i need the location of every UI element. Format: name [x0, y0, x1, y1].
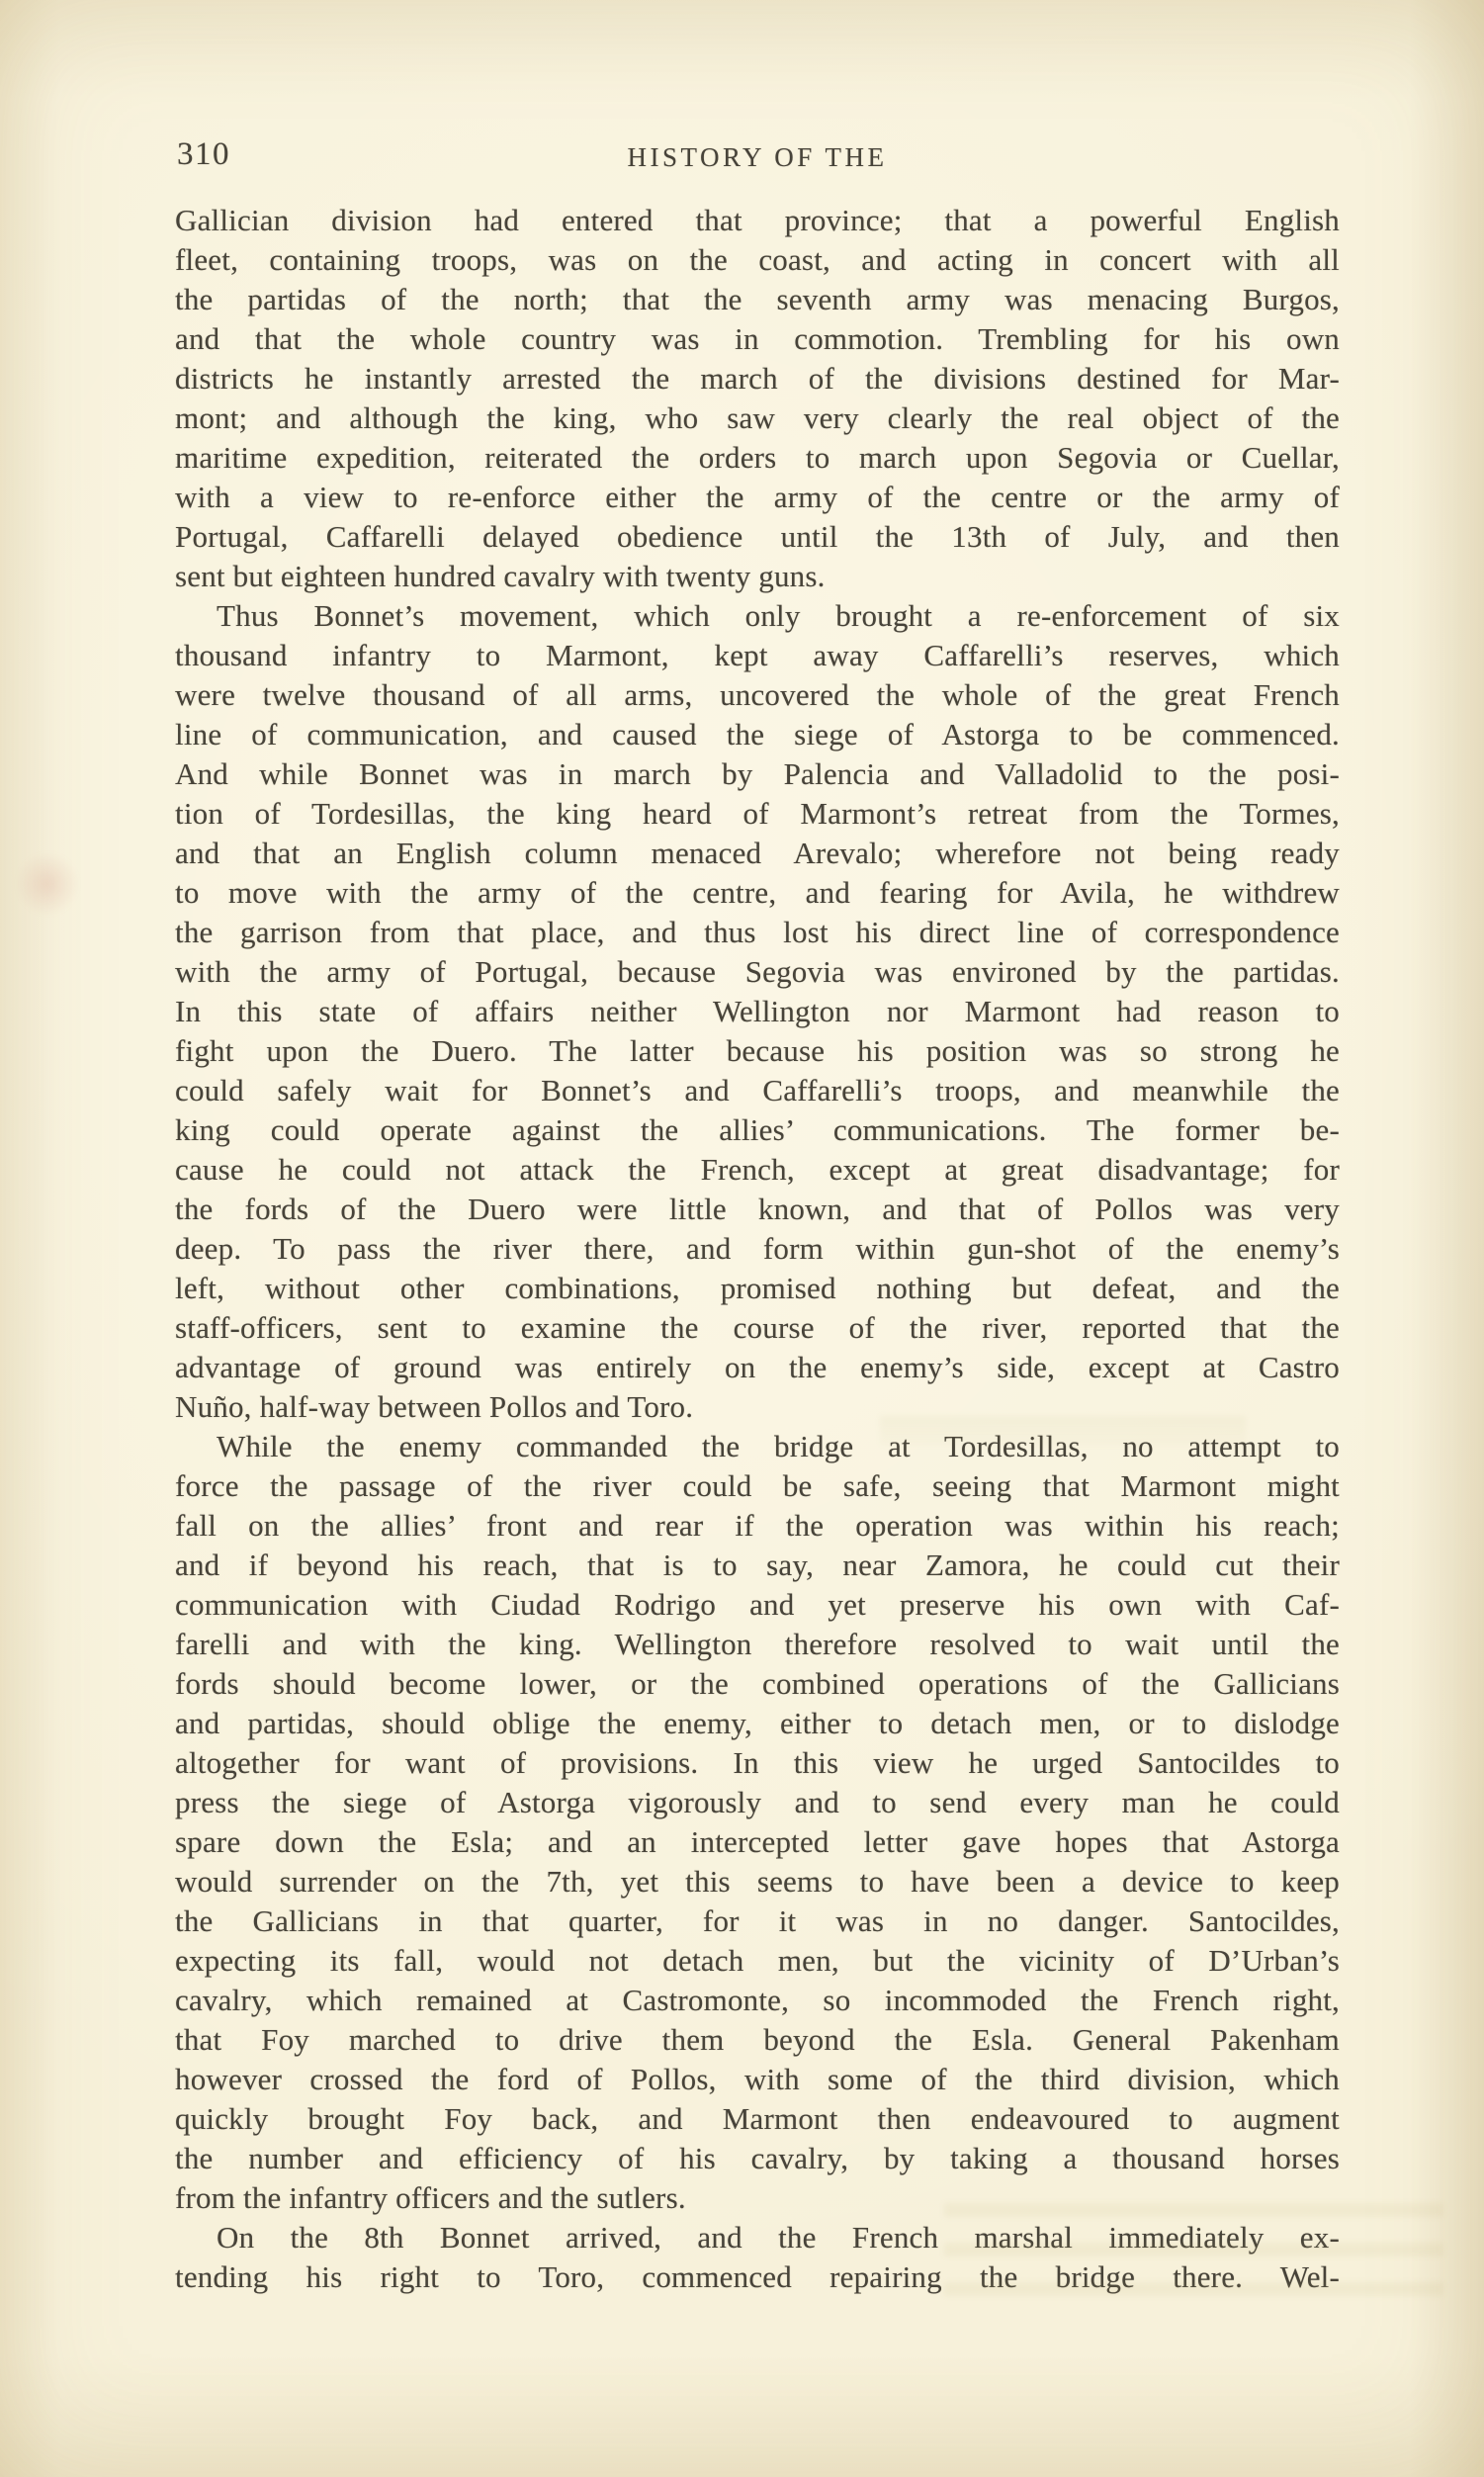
page-body: Gallician division had entered that prov…	[175, 201, 1340, 2297]
text-line: could safely wait for Bonnet’s and Caffa…	[175, 1071, 1340, 1110]
text-line: expecting its fall, would not detach men…	[175, 1941, 1340, 1981]
text-line: with the army of Portugal, because Segov…	[175, 952, 1340, 992]
text-line: and that the whole country was in commot…	[175, 319, 1340, 359]
text-line: fall on the allies’ front and rear if th…	[175, 1506, 1340, 1546]
text-line: thousand infantry to Marmont, kept away …	[175, 636, 1340, 675]
scan-smudge-artifact	[16, 852, 79, 916]
text-line: advantage of ground was entirely on the …	[175, 1348, 1340, 1387]
text-line: And while Bonnet was in march by Palenci…	[175, 754, 1340, 794]
text-line: and that an English column menaced Areva…	[175, 834, 1340, 873]
text-line: farelli and with the king. Wellington th…	[175, 1625, 1340, 1664]
running-title: HISTORY OF THE	[175, 142, 1340, 172]
text-line: the fords of the Duero were little known…	[175, 1190, 1340, 1229]
text-line: the Gallicians in that quarter, for it w…	[175, 1902, 1340, 1941]
text-line: left, without other combinations, promis…	[175, 1269, 1340, 1308]
paragraph: On the 8th Bonnet arrived, and the Frenc…	[175, 2218, 1340, 2297]
text-line: tion of Tordesillas, the king heard of M…	[175, 794, 1340, 834]
text-line: While the enemy commanded the bridge at …	[175, 1427, 1340, 1466]
text-line: press the siege of Astorga vigorously an…	[175, 1783, 1340, 1822]
text-line: Nuño, half-way between Pollos and Toro.	[175, 1387, 1340, 1427]
text-line: cavalry, which remained at Castromonte, …	[175, 1981, 1340, 2020]
text-line: and partidas, should oblige the enemy, e…	[175, 1704, 1340, 1743]
text-line: line of communication, and caused the si…	[175, 715, 1340, 754]
text-line: Thus Bonnet’s movement, which only broug…	[175, 596, 1340, 636]
text-line: to move with the army of the centre, and…	[175, 873, 1340, 913]
text-line: Gallician division had entered that prov…	[175, 201, 1340, 240]
text-line: districts he instantly arrested the marc…	[175, 359, 1340, 398]
text-line: were twelve thousand of all arms, uncove…	[175, 675, 1340, 715]
text-line: spare down the Esla; and an intercepted …	[175, 1822, 1340, 1862]
scanned-book-page: 310 HISTORY OF THE Gallician division ha…	[0, 0, 1484, 2477]
text-line: tending his right to Toro, commenced rep…	[175, 2257, 1340, 2297]
text-line: quickly brought Foy back, and Marmont th…	[175, 2099, 1340, 2139]
text-line: cause he could not attack the French, ex…	[175, 1150, 1340, 1190]
text-line: with a view to re-enforce either the arm…	[175, 478, 1340, 517]
text-line: sent but eighteen hundred cavalry with t…	[175, 557, 1340, 596]
page-header: 310 HISTORY OF THE	[175, 136, 1340, 180]
paragraph: While the enemy commanded the bridge at …	[175, 1427, 1340, 2218]
text-line: fight upon the Duero. The latter because…	[175, 1031, 1340, 1071]
text-line: maritime expedition, reiterated the orde…	[175, 438, 1340, 478]
paragraph: Gallician division had entered that prov…	[175, 201, 1340, 596]
text-line: the number and efficiency of his cavalry…	[175, 2139, 1340, 2178]
text-line: the partidas of the north; that the seve…	[175, 280, 1340, 319]
text-line: king could operate against the allies’ c…	[175, 1110, 1340, 1150]
text-line: would surrender on the 7th, yet this see…	[175, 1862, 1340, 1902]
text-line: staff-officers, sent to examine the cour…	[175, 1308, 1340, 1348]
text-line: deep. To pass the river there, and form …	[175, 1229, 1340, 1269]
text-line: that Foy marched to drive them beyond th…	[175, 2020, 1340, 2060]
text-line: On the 8th Bonnet arrived, and the Frenc…	[175, 2218, 1340, 2257]
text-line: communication with Ciudad Rodrigo and ye…	[175, 1585, 1340, 1625]
text-line: fords should become lower, or the combin…	[175, 1664, 1340, 1704]
text-line: however crossed the ford of Pollos, with…	[175, 2060, 1340, 2099]
text-line: force the passage of the river could be …	[175, 1466, 1340, 1506]
text-line: and if beyond his reach, that is to say,…	[175, 1546, 1340, 1585]
paragraph: Thus Bonnet’s movement, which only broug…	[175, 596, 1340, 1427]
text-line: mont; and although the king, who saw ver…	[175, 398, 1340, 438]
text-line: In this state of affairs neither Welling…	[175, 992, 1340, 1031]
text-line: the garrison from that place, and thus l…	[175, 913, 1340, 952]
text-line: altogether for want of provisions. In th…	[175, 1743, 1340, 1783]
text-line: Portugal, Caffarelli delayed obedience u…	[175, 517, 1340, 557]
text-line: from the infantry officers and the sutle…	[175, 2178, 1340, 2218]
text-line: fleet, containing troops, was on the coa…	[175, 240, 1340, 280]
